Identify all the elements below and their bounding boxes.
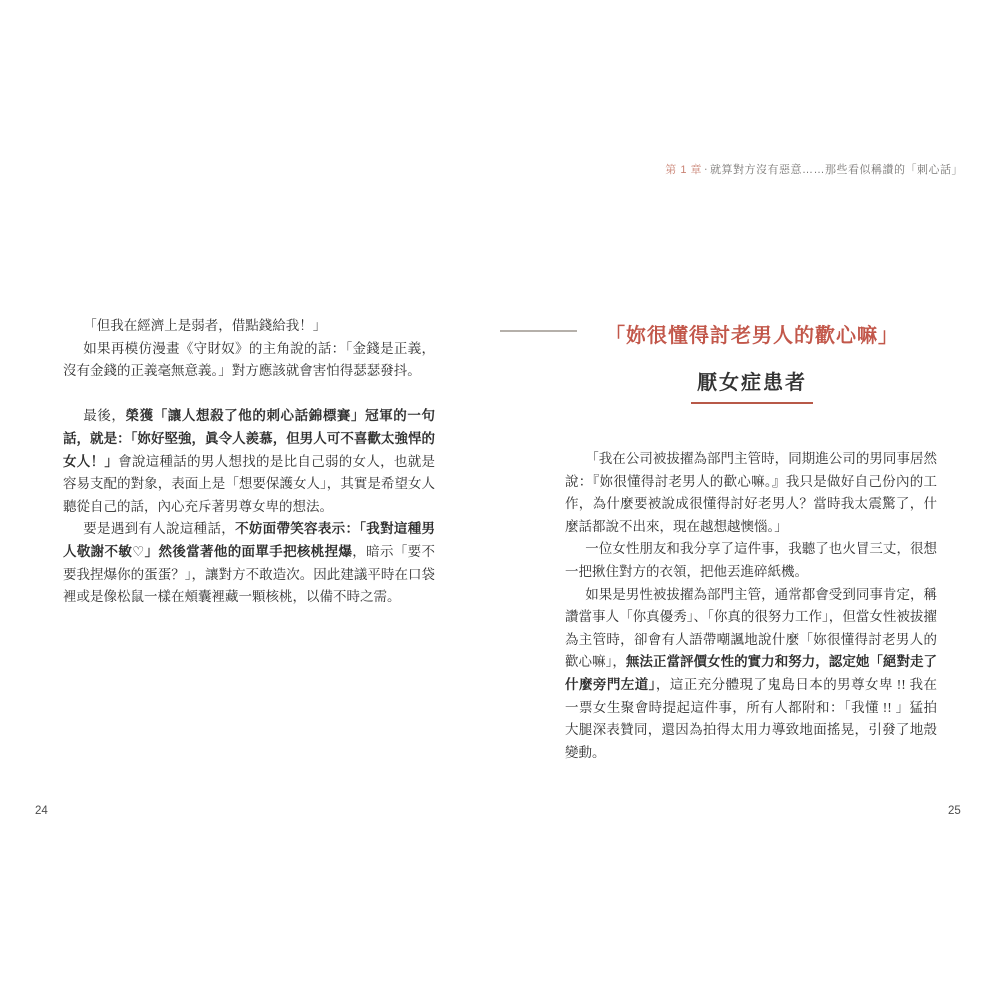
- right-page-text: 「我在公司被拔擢為部門主管時，同期進公司的男同事居然說：『妳很懂得討老男人的歡心…: [565, 448, 937, 764]
- paragraph: 如果再模仿漫畫《守財奴》的主角說的話：「金錢是正義，沒有金錢的正義毫無意義。」對…: [63, 338, 435, 383]
- text-segment: 最後，: [83, 408, 125, 423]
- paragraph: 要是遇到有人說這種話，不妨面帶笑容表示：「我對這種男人敬謝不敏♡」然後當著他的面…: [63, 518, 435, 608]
- section-title: 「妳很懂得討老男人的歡心嘛」: [563, 319, 941, 348]
- text-segment: 「但我在經濟上是弱者，借點錢給我！」: [83, 318, 326, 333]
- page-number-right: 25: [948, 805, 961, 817]
- paragraph: 如果是男性被拔擢為部門主管，通常都會受到同事肯定，稱讚當事人「你真優秀」、「你真…: [565, 584, 937, 765]
- section-subtitle: 厭女症患者: [691, 366, 813, 404]
- book-spread: 第 1 章‧就算對方沒有惡意……那些看似稱讚的「刺心話」 「但我在經濟上是弱者，…: [0, 0, 1000, 1000]
- text-segment: 一位女性朋友和我分享了這件事，我聽了也火冒三丈，很想一把揪住對方的衣領，把他丟進…: [565, 541, 937, 579]
- paragraph: 一位女性朋友和我分享了這件事，我聽了也火冒三丈，很想一把揪住對方的衣領，把他丟進…: [565, 538, 937, 583]
- running-header-title: 就算對方沒有惡意……那些看似稱讚的「刺心話」: [710, 164, 963, 176]
- header-separator: ‧: [702, 164, 710, 176]
- page-number-left: 24: [35, 805, 48, 817]
- running-header: 第 1 章‧就算對方沒有惡意……那些看似稱讚的「刺心話」: [665, 161, 963, 177]
- paragraph: 「我在公司被拔擢為部門主管時，同期進公司的男同事居然說：『妳很懂得討老男人的歡心…: [565, 448, 937, 538]
- text-segment: 「我在公司被拔擢為部門主管時，同期進公司的男同事居然說：『妳很懂得討老男人的歡心…: [565, 451, 937, 534]
- text-segment: 會說這種話的男人想找的是比自己弱的女人，也就是容易支配的對象，表面上是「想要保護…: [63, 454, 435, 514]
- text-segment: 要是遇到有人說這種話，: [83, 521, 235, 536]
- section-subtitle-row: 厭女症患者: [563, 366, 941, 404]
- left-page-text: 「但我在經濟上是弱者，借點錢給我！」如果再模仿漫畫《守財奴》的主角說的話：「金錢…: [63, 315, 435, 609]
- paragraph: 最後，榮獲「讓人想殺了他的刺心話錦標賽」冠軍的一句話，就是：「妳好堅強，眞令人羨…: [63, 405, 435, 518]
- paragraph: 「但我在經濟上是弱者，借點錢給我！」: [63, 315, 435, 338]
- text-segment: 如果再模仿漫畫《守財奴》的主角說的話：「金錢是正義，沒有金錢的正義毫無意義。」對…: [63, 341, 435, 379]
- chapter-label: 第 1 章: [665, 164, 702, 176]
